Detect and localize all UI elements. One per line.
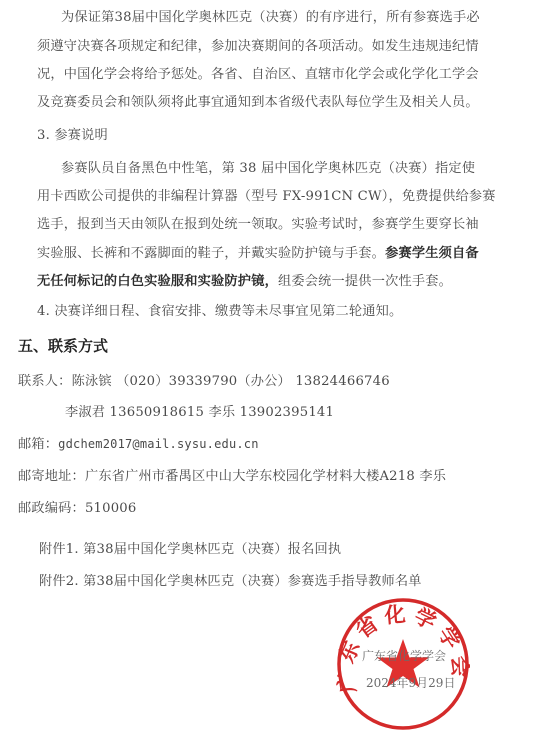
item3-line-2: 用卡西欧公司提供的非编程计算器（型号 FX-991CN CW），免费提供给参赛	[37, 188, 496, 206]
item3-line-4-bold: 参赛学生须自备	[385, 246, 479, 261]
intro-line-4: 及竞赛委员会和领队须将此事宜通知到本省级代表队每位学生及相关人员。	[37, 94, 479, 112]
postcode-label: 邮政编码：	[18, 501, 85, 516]
intro-line-1: 为保证第38届中国化学奥林匹克（决赛）的有序进行，所有参赛选手必	[61, 9, 480, 27]
postcode-line: 邮政编码：510006	[18, 500, 136, 518]
contact-line-2: 李淑君 13650918615 李乐 13902395141	[65, 404, 334, 422]
section5-heading: 五、联系方式	[18, 335, 108, 356]
item3-line-5-normal: 组委会统一提供一次性手套。	[278, 274, 452, 289]
contact-line-1: 联系人：陈泳镔 （020）39339790（办公） 13824466746	[18, 373, 390, 391]
intro-line-2: 须遵守决赛各项规定和纪律，参加决赛期间的各项活动。如发生违规违纪情	[37, 38, 479, 56]
star-icon	[377, 639, 429, 688]
intro-line-3: 况，中国化学会将给予惩处。各省、自治区、直辖市化学会或化学化工学会	[37, 66, 479, 84]
item3-line-5: 无任何标记的白色实验服和实验防护镜，组委会统一提供一次性手套。	[37, 273, 452, 291]
email-link[interactable]: gdchem2017@mail.sysu.edu.cn	[58, 437, 258, 451]
item3-title: 3. 参赛说明	[37, 127, 108, 145]
contact-label: 联系人：	[18, 374, 72, 389]
email-line: 邮箱：gdchem2017@mail.sysu.edu.cn	[18, 435, 259, 454]
seal-graphic: 广东省化学学会	[336, 597, 470, 731]
item3-line-5-bold: 无任何标记的白色实验服和实验防护镜，	[37, 274, 278, 289]
item3-line-3: 选手，报到当天由领队在报到处统一领取。实验考试时，参赛学生要穿长袖	[37, 216, 479, 234]
attachment-2: 附件2. 第38届中国化学奥林匹克（决赛）参赛选手指导教师名单	[39, 573, 422, 591]
item3-line-1: 参赛队员自备黑色中性笔，第 38 届中国化学奥林匹克（决赛）指定使	[61, 160, 475, 178]
item4-text: 4. 决赛详细日程、食宿安排、缴费等未尽事宜见第二轮通知。	[37, 303, 402, 321]
postcode-value: 510006	[85, 501, 137, 516]
contact-value-1: 陈泳镔 （020）39339790（办公） 13824466746	[72, 374, 390, 389]
item3-line-4-normal: 实验服、长裤和不露脚面的鞋子，并戴实验防护镜与手套。	[37, 246, 385, 261]
address-line: 邮寄地址：广东省广州市番禺区中山大学东校园化学材料大楼A218 李乐	[18, 468, 446, 486]
address-label: 邮寄地址：	[18, 469, 85, 484]
official-seal: 广东省化学学会 广东省化学学会 2024年9月29日	[336, 597, 470, 731]
item3-line-4: 实验服、长裤和不露脚面的鞋子，并戴实验防护镜与手套。参赛学生须自备	[37, 245, 479, 263]
email-label: 邮箱：	[18, 437, 58, 452]
address-value: 广东省广州市番禺区中山大学东校园化学材料大楼A218 李乐	[85, 469, 446, 484]
attachment-1: 附件1. 第38届中国化学奥林匹克（决赛）报名回执	[39, 541, 341, 559]
